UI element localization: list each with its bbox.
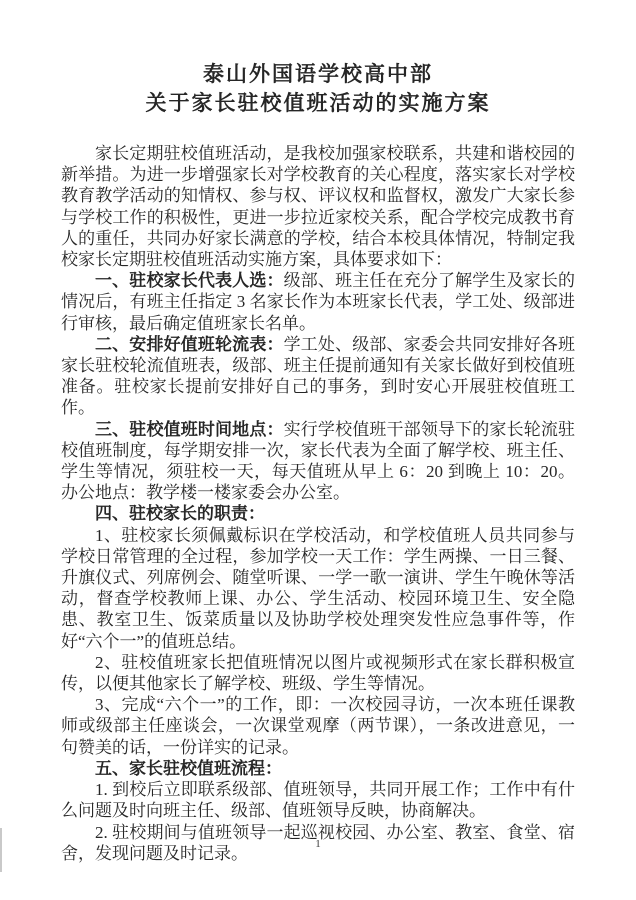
duty-item-3-text: 3、完成“六个一”的工作，即：一次校园寻访，一次本班任课教师或级部主任座谈会，一…	[61, 695, 575, 756]
duty-item-3: 3、完成“六个一”的工作，即：一次校园寻访，一次本班任课教师或级部主任座谈会，一…	[61, 694, 575, 758]
section-1-heading: 一、驻校家长代表人选：	[95, 271, 284, 290]
section-5-process-heading: 五、家长驻校值班流程：	[61, 758, 575, 779]
duty-item-2: 2、驻校值班家长把值班情况以图片或视频形式在家长群积极宣传，以便其他家长了解学校…	[61, 652, 575, 694]
process-item-1-text: 1. 到校后立即联系级部、值班领导，共同开展工作；工作中有什么问题及时向班主任、…	[61, 780, 575, 820]
page-number: 1	[0, 838, 636, 850]
section-2-rotation-table: 二、安排好值班轮流表：学工处、级部、家委会共同安排好各班家长驻校轮流值班表，级部…	[61, 334, 575, 419]
doc-title-line2: 关于家长驻校值班活动的实施方案	[0, 89, 636, 118]
duty-item-1-text: 1、驻校家长须佩戴标识在学校活动，和学校值班人员共同参与学校日常管理的全过程，参…	[61, 526, 575, 651]
section-2-heading: 二、安排好值班轮流表：	[95, 335, 284, 354]
section-3-heading: 三、驻校值班时间地点：	[95, 420, 284, 439]
scan-artifact	[0, 828, 2, 872]
duty-item-1: 1、驻校家长须佩戴标识在学校活动，和学校值班人员共同参与学校日常管理的全过程，参…	[61, 525, 575, 652]
duty-item-2-text: 2、驻校值班家长把值班情况以图片或视频形式在家长群积极宣传，以便其他家长了解学校…	[61, 653, 575, 693]
intro-text: 家长定期驻校值班活动，是我校加强家校联系，共建和谐校园的新举措。为进一步增强家长…	[61, 144, 575, 269]
section-3-time-location: 三、驻校值班时间地点：实行学校值班干部领导下的家长轮流驻校值班制度，每学期安排一…	[61, 419, 575, 504]
section-5-heading: 五、家长驻校值班流程：	[95, 759, 282, 778]
process-item-1: 1. 到校后立即联系级部、值班领导，共同开展工作；工作中有什么问题及时向班主任、…	[61, 779, 575, 821]
section-1-representatives: 一、驻校家长代表人选：级部、班主任在充分了解学生及家长的情况后，有班主任指定 3…	[61, 270, 575, 334]
document-page: 泰山外国语学校高中部 关于家长驻校值班活动的实施方案 家长定期驻校值班活动，是我…	[0, 0, 636, 900]
intro-paragraph: 家长定期驻校值班活动，是我校加强家校联系，共建和谐校园的新举措。为进一步增强家长…	[61, 143, 575, 270]
document-header: 泰山外国语学校高中部 关于家长驻校值班活动的实施方案	[0, 0, 636, 118]
doc-title-line1: 泰山外国语学校高中部	[0, 60, 636, 89]
document-body: 家长定期驻校值班活动，是我校加强家校联系，共建和谐校园的新举措。为进一步增强家长…	[61, 143, 575, 864]
section-4-heading: 四、驻校家长的职责：	[95, 504, 265, 523]
section-4-duties-heading: 四、驻校家长的职责：	[61, 503, 575, 524]
